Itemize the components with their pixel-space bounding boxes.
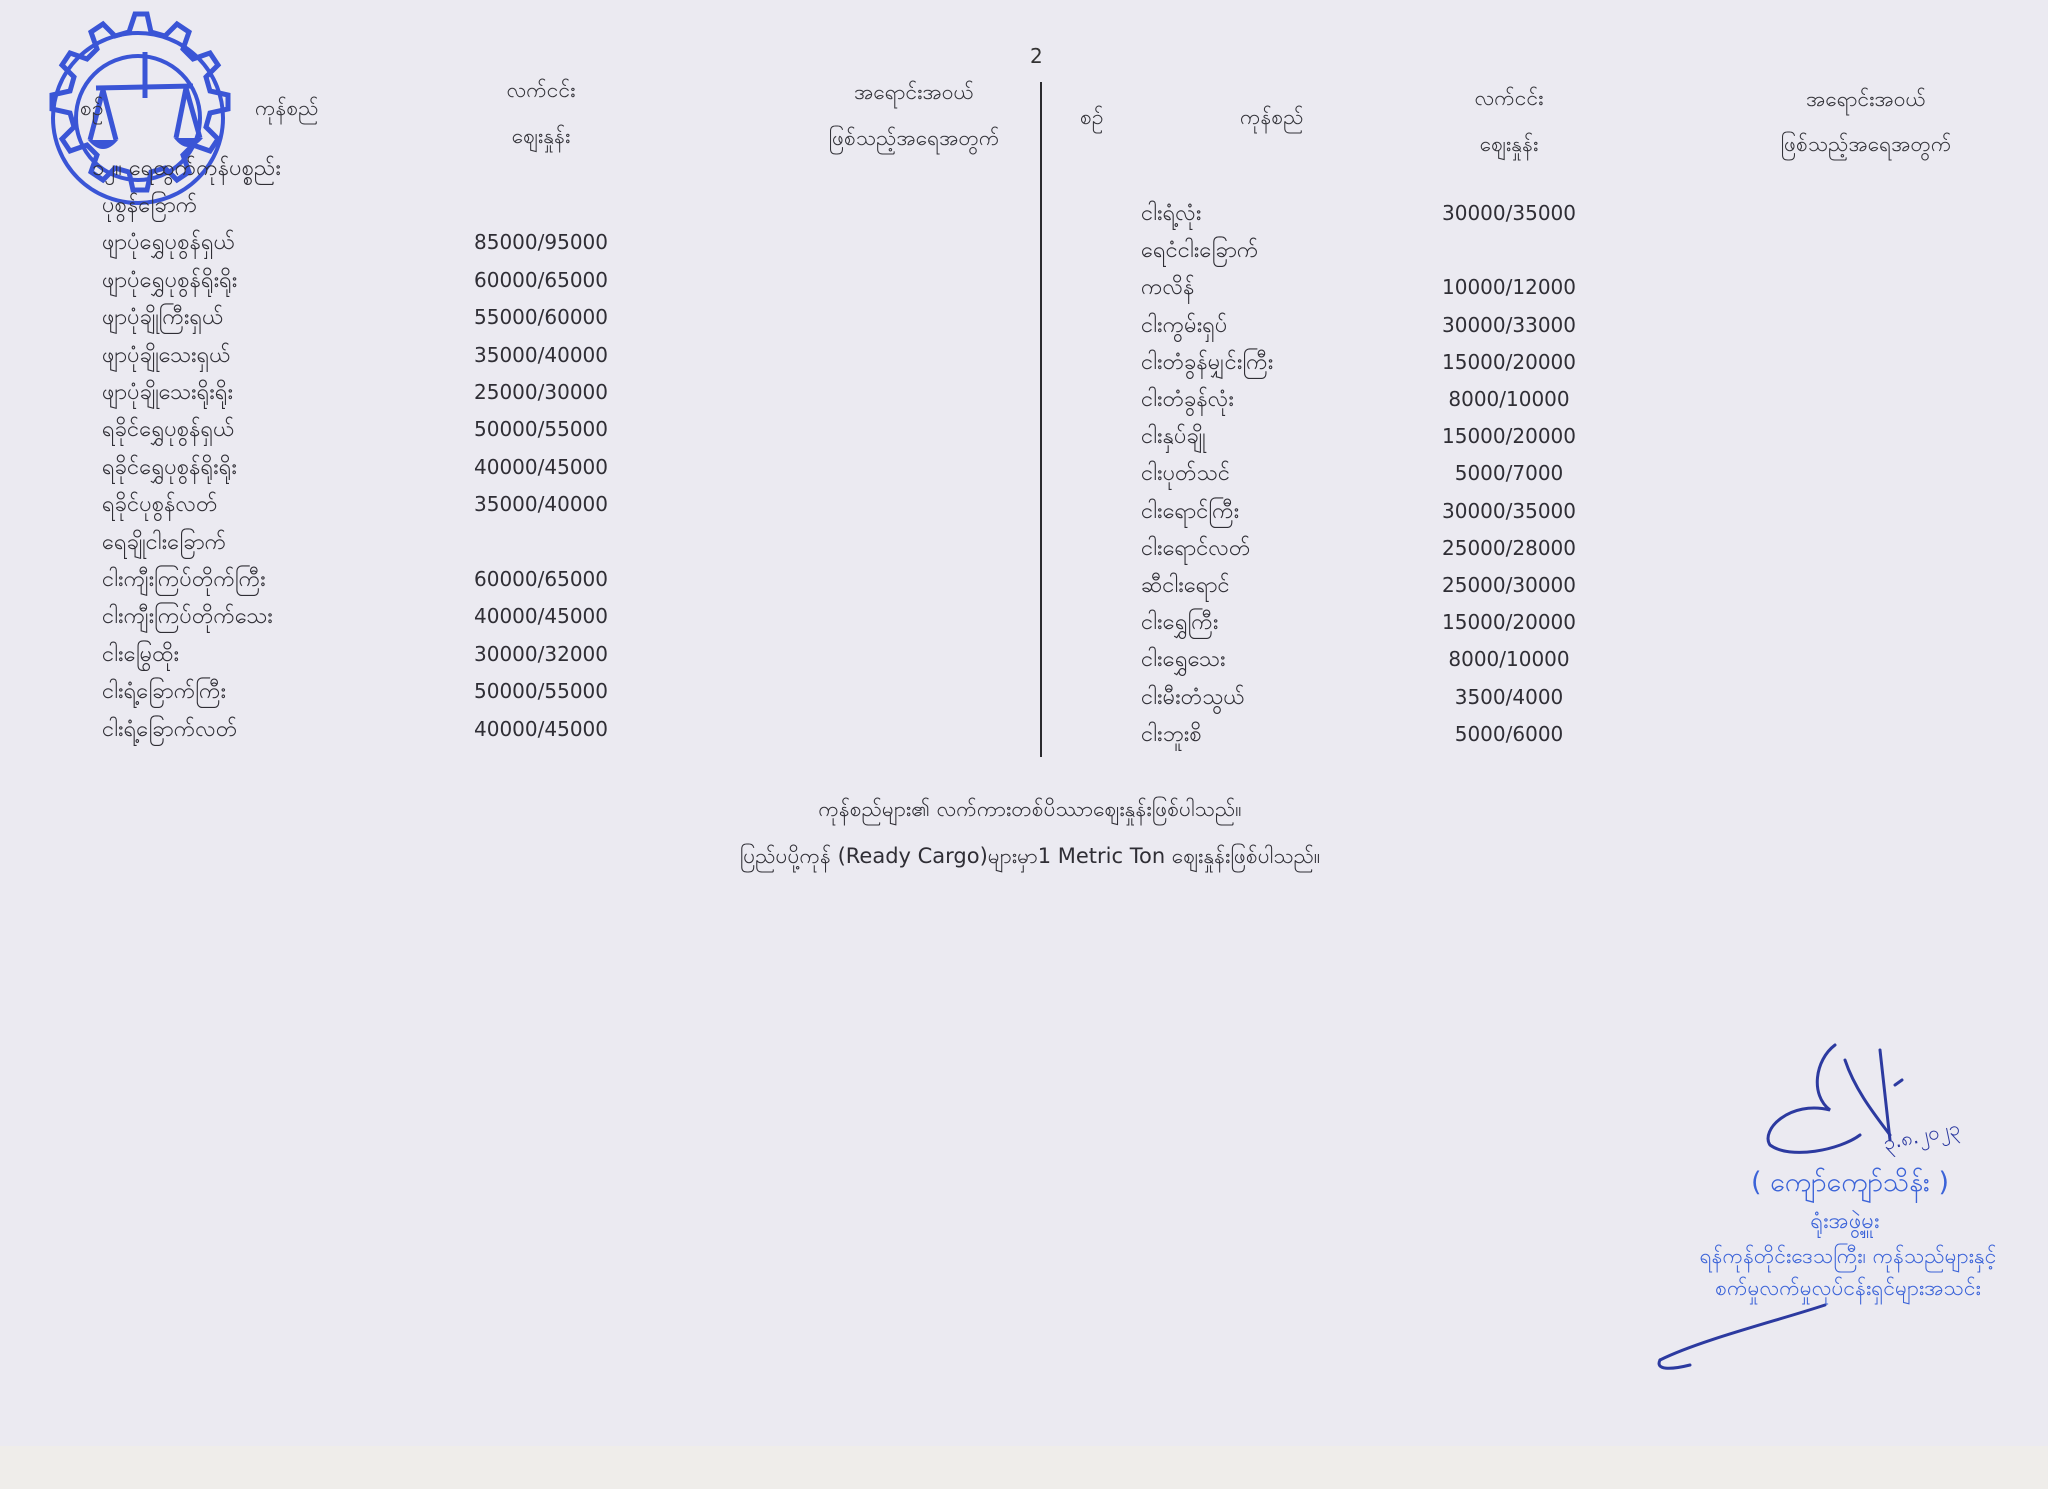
table-row-price: 85000/95000 xyxy=(474,230,608,254)
signatory-name: ( ကျော်ကျော်သိန်း ) xyxy=(1751,1165,1949,1205)
note-ready-cargo: ပြည်ပပို့ကုန် (Ready Cargo)များမှာ1 Metr… xyxy=(740,843,1321,874)
table-row-name: ဖျာပုံချိုသေးရှယ် xyxy=(102,340,231,373)
signatory-title: ရုံးအဖွဲ့မှူး xyxy=(1810,1206,1879,1239)
table-row-name: ဆီငါးရောင် xyxy=(1141,570,1230,603)
table-row-name: ရခိုင်ရွှေပုစွန်ရှယ် xyxy=(102,414,235,447)
signature-block: ၃.၈.၂၀၂၃ ( ကျော်ကျော်သိန်း ) ရုံးအဖွဲ့မှ… xyxy=(1640,1040,2020,1380)
column-divider xyxy=(1040,82,1042,757)
table-row-price: 30000/35000 xyxy=(1442,499,1576,523)
table-row-price: 25000/28000 xyxy=(1442,536,1576,560)
table-row-name: ငါးရံ့ခြောက်ကြီး xyxy=(102,676,226,709)
header-commodity-left: ကုန်စည် xyxy=(255,95,319,126)
table-row-name: ငါးရောင်ကြီး xyxy=(1141,496,1239,529)
table-row-name: ဖျာပုံချိုသေးရိုးရိုး xyxy=(102,377,233,410)
section-heading: ၁၂။ ရေထွက်ကုန်ပစ္စည်း xyxy=(92,153,281,186)
header-price-top-left: လက်ငင်း xyxy=(507,77,576,108)
header-price-top-right: လက်ငင်း xyxy=(1475,85,1544,116)
table-row-price: 40000/45000 xyxy=(474,717,608,741)
table-row-name: ကလိန် xyxy=(1141,272,1195,305)
table-row-name: ငါးနှပ်ချို xyxy=(1141,421,1206,454)
header-serial-left: စဉ် xyxy=(80,95,103,126)
scan-bottom-edge xyxy=(0,1446,2048,1489)
table-row-name: ငါးရွှေကြီး xyxy=(1141,607,1218,640)
table-row-price: 15000/20000 xyxy=(1442,424,1576,448)
table-row-name: ရေချိုငါးခြောက် xyxy=(102,527,226,560)
table-row-price: 60000/65000 xyxy=(474,567,608,591)
page-number: 2 xyxy=(1030,44,1043,68)
table-row-name: ငါးကွမ်းရှပ် xyxy=(1141,310,1227,343)
table-row-price: 8000/10000 xyxy=(1448,647,1569,671)
header-trade-top-right: အရောင်းအဝယ် xyxy=(1806,86,1926,117)
svg-text:၃.၈.၂၀၂၃: ၃.၈.၂၀၂၃ xyxy=(1881,1115,1963,1159)
table-row-price: 30000/32000 xyxy=(474,642,608,666)
table-row-price: 50000/55000 xyxy=(474,679,608,703)
table-row-name: ငါးရံ့ခြောက်လတ် xyxy=(102,714,237,747)
table-row-name: ရခိုင်ရွှေပုစွန်ရိုးရိုး xyxy=(102,452,237,485)
table-row-price: 15000/20000 xyxy=(1442,350,1576,374)
table-row-name: ဖျာပုံရွှေပုစွန်ရှယ် xyxy=(102,227,235,260)
header-price-bottom-right: ဈေးနှုန်း xyxy=(1480,131,1539,162)
table-row-name: ငါးရွှေသေး xyxy=(1141,644,1226,677)
table-row-name: ငါးဘူးစိ xyxy=(1141,719,1202,752)
table-row-price: 5000/7000 xyxy=(1455,461,1564,485)
table-row-name: ငါးတံခွန်မျှင်းကြီး xyxy=(1141,347,1273,380)
table-row-price: 35000/40000 xyxy=(474,492,608,516)
table-row-price: 40000/45000 xyxy=(474,604,608,628)
table-row-price: 15000/20000 xyxy=(1442,610,1576,634)
table-row-name: ငါးကျီးကြပ်တိုက်ကြီး xyxy=(102,564,266,597)
table-row-name: ငါးရံ့လုံး xyxy=(1141,198,1201,231)
header-trade-top-left: အရောင်းအဝယ် xyxy=(854,79,974,110)
table-row-price: 25000/30000 xyxy=(1442,573,1576,597)
table-row-name: ရခိုင်ပုစွန်လတ် xyxy=(102,489,218,522)
table-row-name: ဖျာပုံရွှေပုစွန်ရိုးရိုး xyxy=(102,265,237,298)
table-row-price: 35000/40000 xyxy=(474,343,608,367)
table-row-name: ဖျာပုံချိုကြီးရှယ် xyxy=(102,302,223,335)
table-row-name: ငါးတံခွန်လုံး xyxy=(1141,384,1234,417)
note-wholesale: ကုန်စည်များ၏ လက်ကားတစ်ပိဿာဈေးနှုန်းဖြစ်ပ… xyxy=(818,796,1241,827)
table-row-price: 60000/65000 xyxy=(474,268,608,292)
table-row-name: ငါးပုတ်သင် xyxy=(1141,458,1230,491)
header-trade-bottom-right: ဖြစ်သည့်အရေအတွက် xyxy=(1781,131,1952,162)
organization-line-2: စက်မှုလက်မှုလုပ်ငန်းရှင်များအသင်း xyxy=(1715,1275,1981,1306)
table-row-price: 55000/60000 xyxy=(474,305,608,329)
table-row-price: 50000/55000 xyxy=(474,417,608,441)
table-row-price: 10000/12000 xyxy=(1442,275,1576,299)
table-row-price: 40000/45000 xyxy=(474,455,608,479)
table-row-name: ငါးကျီးကြပ်တိုက်သေး xyxy=(102,601,273,634)
table-row-name: ရေငံငါးခြောက် xyxy=(1141,235,1258,268)
table-row-name: ငါးမြွေထိုး xyxy=(102,639,179,672)
document-page: 2 စဉ် ကုန်စည် လက်ငင်း ဈေးနှုန်း အရောင်းအ… xyxy=(0,0,2048,1446)
header-price-bottom-left: ဈေးနှုန်း xyxy=(512,123,571,154)
table-row-price: 8000/10000 xyxy=(1448,387,1569,411)
header-commodity-right: ကုန်စည် xyxy=(1240,104,1304,135)
organization-line-1: ရန်ကုန်တိုင်းဒေသကြီး၊ ကုန်သည်များနှင့် xyxy=(1700,1243,1997,1274)
table-row-name: ငါးမီးတံသွယ် xyxy=(1141,682,1245,715)
table-row-price: 25000/30000 xyxy=(474,380,608,404)
table-row-price: 5000/6000 xyxy=(1455,722,1564,746)
table-row-price: 3500/4000 xyxy=(1455,685,1564,709)
table-row-name: ပုစွန်ခြောက် xyxy=(102,190,197,223)
table-row-price: 30000/35000 xyxy=(1442,201,1576,225)
table-row-price: 30000/33000 xyxy=(1442,313,1576,337)
table-row-name: ငါးရောင်လတ် xyxy=(1141,533,1250,566)
header-trade-bottom-left: ဖြစ်သည့်အရေအတွက် xyxy=(829,125,1000,156)
header-serial-right: စဉ် xyxy=(1080,104,1103,135)
